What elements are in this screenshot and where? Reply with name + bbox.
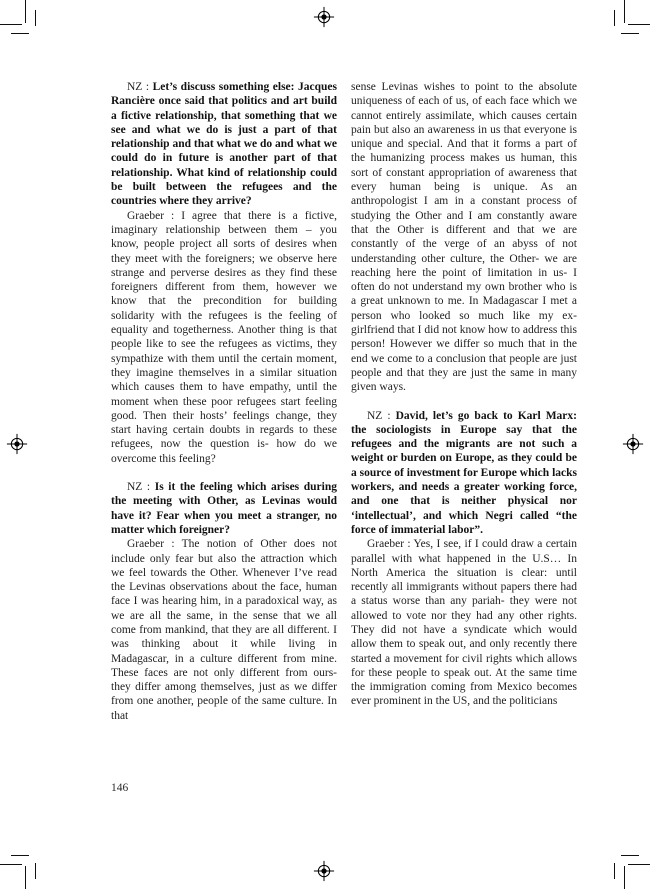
registration-mark-icon — [6, 433, 28, 455]
interview-question: NZ : Is it the feeling which arises duri… — [111, 480, 337, 537]
crop-mark-line — [628, 864, 650, 865]
left-column: NZ : Let’s discuss something else: Jacqu… — [111, 80, 337, 723]
question-text: David, let’s go back to Karl Marx: the s… — [351, 410, 577, 536]
interview-answer: Graeber : I agree that there is a fictiv… — [111, 209, 337, 466]
article-text-block: NZ : Let’s discuss something else: Jacqu… — [111, 80, 577, 723]
speaker-label: Graeber : — [127, 538, 175, 550]
speaker-label: Graeber : — [367, 538, 411, 550]
interview-question: NZ : David, let’s go back to Karl Marx: … — [351, 409, 577, 538]
crop-mark-line — [624, 866, 625, 889]
registration-mark-icon — [313, 860, 335, 882]
speaker-label: Graeber : — [127, 210, 174, 222]
crop-mark-line — [25, 0, 26, 23]
right-column: sense Levinas wishes to point to the abs… — [351, 80, 577, 723]
interview-answer: Graeber : The notion of Other does not i… — [111, 537, 337, 723]
crop-mark-line — [624, 0, 625, 23]
crop-mark-line — [614, 863, 615, 879]
answer-text: Yes, I see, if I could draw a certain pa… — [351, 538, 577, 707]
interview-question: NZ : Let’s discuss something else: Jacqu… — [111, 80, 337, 209]
answer-continuation: sense Levinas wishes to point to the abs… — [351, 80, 577, 395]
page-number: 146 — [111, 781, 128, 795]
crop-mark-line — [11, 855, 29, 856]
answer-text: sense Levinas wishes to point to the abs… — [351, 81, 577, 393]
scanned-page: NZ : Let’s discuss something else: Jacqu… — [0, 0, 650, 889]
crop-mark-line — [11, 33, 29, 34]
crop-mark-line — [628, 24, 650, 25]
crop-mark-line — [25, 866, 26, 889]
interview-answer: Graeber : Yes, I see, if I could draw a … — [351, 537, 577, 709]
answer-text: The notion of Other does not include onl… — [111, 538, 337, 722]
speaker-label: NZ : — [127, 81, 149, 93]
crop-mark-line — [621, 855, 639, 856]
question-text: Let’s discuss something else: Jacques Ra… — [111, 81, 337, 207]
registration-mark-icon — [622, 433, 644, 455]
crop-mark-line — [35, 10, 36, 26]
speaker-label: NZ : — [367, 410, 391, 422]
registration-mark-icon — [313, 6, 335, 28]
crop-mark-line — [0, 24, 22, 25]
crop-mark-line — [35, 863, 36, 879]
crop-mark-line — [614, 10, 615, 26]
speaker-label: NZ : — [127, 481, 150, 493]
crop-mark-line — [0, 864, 22, 865]
crop-mark-line — [621, 33, 639, 34]
answer-text: I agree that there is a fictive, imagina… — [111, 210, 337, 465]
